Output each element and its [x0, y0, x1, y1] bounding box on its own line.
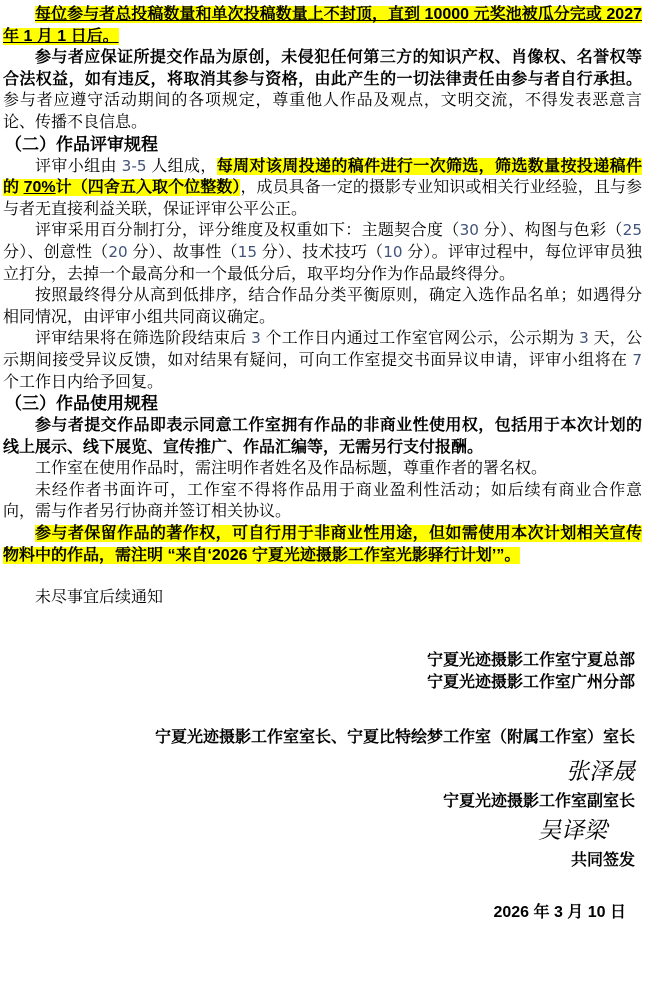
para-ranking: 按照最终得分从高到低排序，结合作品分类平衡原则，确定入选作品名单；如遇得分相同情…	[3, 285, 642, 328]
originality-clause-bold: 参与者应保证所提交作品为原创，未侵犯任何第三方的知识产权、肖像权、名誉权等合法权…	[3, 49, 642, 88]
review-team-intro: 评审小组由 3-5 人组成，	[35, 158, 217, 175]
conduct-clause: 参与者应遵守活动期间的各项规定，尊重他人作品及观点，文明交流，不得发表恶意言论、…	[3, 92, 642, 131]
issue-date: 2026 年 3 月 10 日	[3, 902, 635, 924]
org-branch-line: 宁夏光迹摄影工作室广州分部	[3, 672, 635, 694]
rounding-rule-highlight: 计（四舍五入取个位整数）	[56, 179, 241, 196]
section-heading-usage: （三）作品使用规程	[3, 393, 642, 415]
org-hq-line: 宁夏光迹摄影工作室宁夏总部	[3, 650, 635, 672]
deputy-director-title: 宁夏光迹摄影工作室副室长	[3, 791, 635, 813]
section-heading-review: （二）作品评审规程	[3, 134, 642, 156]
copyright-retention-highlight: 参与者保留作品的著作权，可自行用于非商业性用途，但如需使用本次计划相关宣传物料中…	[3, 525, 642, 564]
seventy-percent-underlined: 70%	[24, 179, 56, 196]
para-results-publicity: 评审结果将在筛选阶段结束后 3 个工作日内通过工作室官网公示，公示期为 3 天，…	[3, 328, 642, 393]
rule-originality-conduct: 参与者应保证所提交作品为原创，未侵犯任何第三方的知识产权、肖像权、名誉权等合法权…	[3, 47, 642, 133]
joint-issue-label: 共同签发	[3, 849, 635, 872]
para-commercial-restriction: 未经作者书面许可，工作室不得将作品用于商业盈利性活动；如后续有商业合作意向，需与…	[3, 480, 642, 523]
closing-note: 未尽事宜后续通知	[3, 587, 642, 609]
para-copyright-retention: 参与者保留作品的著作权，可自行用于非商业性用途，但如需使用本次计划相关宣传物料中…	[3, 523, 642, 566]
para-license-grant: 参与者提交作品即表示同意工作室拥有作品的非商业性使用权，包括用于本次计划的线上展…	[3, 415, 642, 458]
rule-unlimited-submissions: 每位参与者总投稿数量和单次投稿数量上不封顶，直到 10000 元奖池被瓜分完或 …	[3, 4, 642, 47]
para-attribution: 工作室在使用作品时，需注明作者姓名及作品标题，尊重作者的署名权。	[3, 458, 642, 480]
signature-wu-yiliang: 吴译梁	[3, 813, 635, 849]
highlighted-unlimited-note: 每位参与者总投稿数量和单次投稿数量上不封顶，直到 10000 元奖池被瓜分完或 …	[3, 6, 642, 45]
para-scoring: 评审采用百分制打分，评分维度及权重如下：主题契合度（30 分）、构图与色彩（25…	[3, 220, 642, 285]
signature-zhang-zesheng: 张泽晟	[3, 753, 635, 791]
signoff-block: 宁夏光迹摄影工作室宁夏总部 宁夏光迹摄影工作室广州分部 宁夏光迹摄影工作室室长、…	[3, 650, 642, 924]
para-review-team: 评审小组由 3-5 人组成，每周对该周投递的稿件进行一次筛选，筛选数量按投递稿件…	[3, 156, 642, 221]
director-title-line: 宁夏光迹摄影工作室室长、宁夏比特绘梦工作室（附属工作室）室长	[3, 726, 635, 749]
document-page: 每位参与者总投稿数量和单次投稿数量上不封顶，直到 10000 元奖池被瓜分完或 …	[0, 0, 647, 924]
